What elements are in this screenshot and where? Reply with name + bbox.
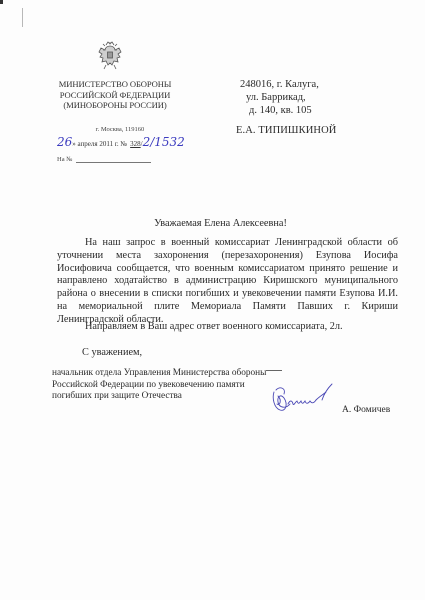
addressee-address: 248016, г. Калуга, ул. Баррикад, д. 140,… [240,78,319,117]
ministry-header: МИНИСТЕРСТВО ОБОРОНЫ РОССИЙСКОЙ ФЕДЕРАЦИ… [53,79,177,111]
russian-coat-of-arms-icon [95,40,125,72]
handwritten-day: 26 [57,135,72,149]
scan-edge-mark [22,8,23,27]
body-paragraph-enclosure: Направляем в Ваш адрес ответ военного ко… [85,321,343,332]
addressee-name: Е.А. ТИПИШКИНОЙ [236,125,336,136]
title-rule [266,370,282,371]
salutation: Уважаемая Елена Алексеевна! [0,218,425,229]
closing-phrase: С уважением, [82,347,142,358]
body-paragraph: На наш запрос в военный комиссариат Лени… [57,237,398,327]
ministry-line: (МИНОБОРОНЫ РОССИИ) [53,100,177,111]
scan-corner-mark [0,0,3,4]
date-registration-line: 26 » апреля 2011 г. № 328/2/1532 [57,135,185,149]
registration-number-handwritten: 2/1532 [143,135,185,149]
ministry-line: МИНИСТЕРСТВО ОБОРОНЫ [53,79,177,90]
month-year-label: » апреля 2011 г. № [72,140,127,148]
handwritten-signature-icon [268,382,338,416]
signatory-title-line: погибших при защите Отечества [52,391,282,403]
in-reply-to-label: На № [57,156,72,163]
ministry-line: РОССИЙСКОЙ ФЕДЕРАЦИИ [53,90,177,101]
address-line: д. 140, кв. 105 [240,104,319,117]
ministry-city-postcode: г. Москва, 119160 [60,126,180,133]
letter-body: На наш запрос в военный комиссариат Лени… [57,237,398,327]
signer-name: А. Фомичев [342,405,390,415]
signatory-title-line: Российской Федерации по увековечению пам… [52,380,282,392]
in-reply-to-line: На № [57,155,151,163]
address-line: ул. Баррикад, [240,91,319,104]
signatory-title: начальник отдела Управления Министерства… [52,368,282,403]
signatory-title-line: начальник отдела Управления Министерства… [52,368,282,380]
address-line: 248016, г. Калуга, [240,78,319,91]
in-reply-to-blank [76,155,151,163]
letter-page: МИНИСТЕРСТВО ОБОРОНЫ РОССИЙСКОЙ ФЕДЕРАЦИ… [0,0,425,600]
registration-number-printed: 328 [130,140,141,148]
